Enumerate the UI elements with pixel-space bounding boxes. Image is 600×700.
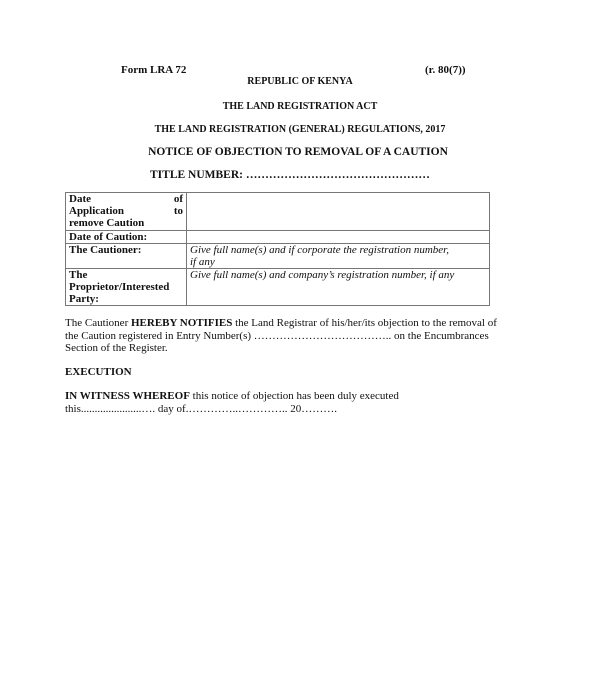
table-row: Dateof Applicationto remove Caution	[66, 193, 490, 231]
regulations-heading: THE LAND REGISTRATION (GENERAL) REGULATI…	[0, 124, 600, 135]
rule-reference: (r. 80(7))	[425, 64, 466, 76]
date-of-application-field[interactable]	[187, 193, 490, 231]
table-row: The Cautioner: Give full name(s) and if …	[66, 244, 490, 269]
date-of-caution-label: Date of Caution:	[66, 231, 187, 244]
notice-text: Section of the Register.	[65, 342, 535, 355]
title-number-field[interactable]: TITLE NUMBER: …………………………………………	[150, 169, 430, 181]
form-number: Form LRA 72	[121, 64, 186, 76]
execution-date-line[interactable]: this......................…. day of.……………	[65, 403, 535, 416]
label-word: to	[174, 205, 183, 217]
label-line: The	[69, 269, 183, 281]
date-of-caution-field[interactable]	[187, 231, 490, 244]
notice-text: The Cautioner	[65, 317, 131, 329]
cautioner-field[interactable]: Give full name(s) and if corporate the r…	[187, 244, 490, 269]
execution-heading: EXECUTION	[65, 366, 132, 378]
cautioner-label: The Cautioner:	[66, 244, 187, 269]
proprietor-field[interactable]: Give full name(s) and company’s registra…	[187, 269, 490, 306]
witness-emphasis: IN WITNESS WHEREOF	[65, 390, 190, 402]
act-heading: THE LAND REGISTRATION ACT	[0, 101, 600, 112]
caution-details-table: Dateof Applicationto remove Caution Date…	[65, 192, 490, 306]
label-word: of	[174, 193, 183, 205]
table-row: Date of Caution:	[66, 231, 490, 244]
table-row: The Proprietor/Interested Party: Give fu…	[66, 269, 490, 306]
notice-text: the Land Registrar of his/her/its object…	[232, 317, 497, 329]
label-word: Application	[69, 205, 124, 217]
notice-paragraph: The Cautioner HEREBY NOTIFIES the Land R…	[65, 317, 535, 355]
entry-number-line[interactable]: the Caution registered in Entry Number(s…	[65, 330, 535, 343]
notice-emphasis: HEREBY NOTIFIES	[131, 317, 232, 329]
witness-paragraph: IN WITNESS WHEREOF this notice of object…	[65, 390, 535, 415]
country-heading: REPUBLIC OF KENYA	[0, 76, 600, 87]
cautioner-hint-line1: Give full name(s) and if corporate the r…	[190, 244, 486, 256]
date-of-application-label: Dateof Applicationto remove Caution	[66, 193, 187, 231]
cautioner-hint-line2: if any	[190, 256, 486, 268]
label-line: Party:	[69, 293, 183, 305]
proprietor-label: The Proprietor/Interested Party:	[66, 269, 187, 306]
witness-text: this notice of objection has been duly e…	[190, 390, 399, 402]
label-line: Proprietor/Interested	[69, 281, 183, 293]
label-word: remove Caution	[69, 217, 183, 229]
page-title: NOTICE OF OBJECTION TO REMOVAL OF A CAUT…	[0, 146, 598, 158]
label-word: Date	[69, 193, 91, 205]
